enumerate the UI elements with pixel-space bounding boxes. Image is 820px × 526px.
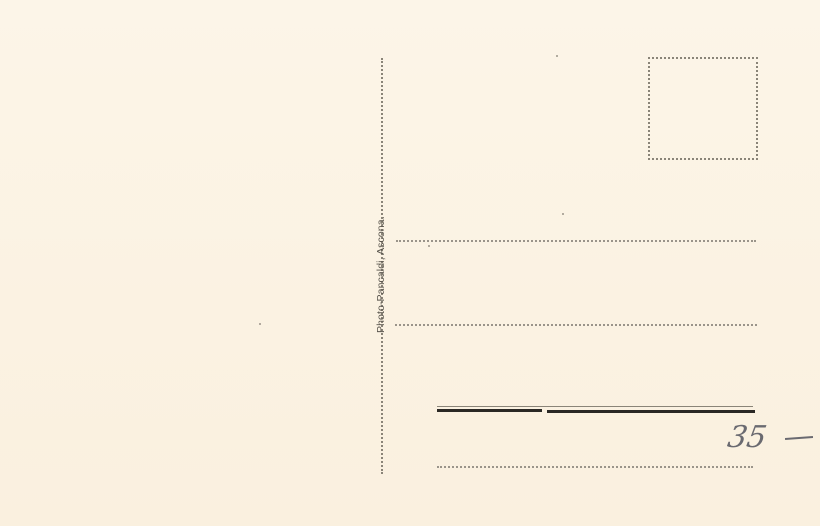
paper-speck	[562, 213, 564, 215]
paper-speck	[556, 55, 558, 57]
photographer-credit: Photo-Pancaldi, Ascona.	[375, 216, 387, 333]
paper-speck	[428, 245, 430, 247]
address-line-1	[396, 240, 756, 242]
postcard-back: Photo-Pancaldi, Ascona. 35	[0, 0, 820, 526]
address-line-2	[395, 324, 757, 326]
address-line-3-upper	[437, 406, 753, 407]
stamp-box	[648, 57, 758, 160]
address-line-3	[437, 409, 542, 412]
address-line-3b	[547, 410, 755, 413]
address-line-4	[437, 466, 753, 468]
paper-speck	[259, 323, 261, 325]
handwritten-dash	[785, 436, 813, 440]
handwritten-price: 35	[725, 420, 769, 455]
